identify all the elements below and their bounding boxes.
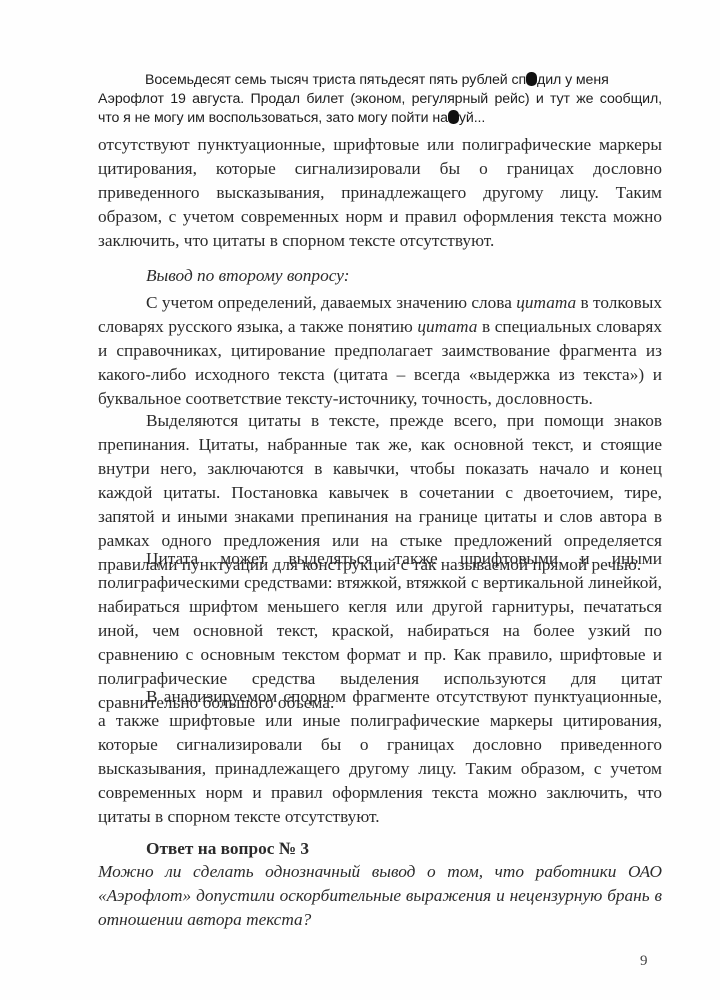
term-citation: цитата [417, 317, 477, 336]
paragraph-continuation: отсутствуют пунктуационные, шрифтовые ил… [98, 133, 662, 253]
quoted-message: Восемьдесят семь тысяч триста пятьдесят … [98, 71, 662, 128]
answer-heading: Ответ на вопрос № 3 [98, 837, 662, 861]
term-citation: цитата [516, 293, 576, 312]
redaction-mark [448, 110, 459, 124]
paragraph-analysis: В анализируемом спорном фрагменте отсутс… [98, 685, 662, 829]
document-page: Восемьдесят семь тысяч триста пятьдесят … [0, 0, 720, 1000]
redaction-mark [526, 72, 537, 86]
question-3: Можно ли сделать однозначный вывод о том… [98, 860, 662, 932]
quote-line-3: что я не могу им воспользоваться, зато м… [98, 109, 662, 128]
conclusion-heading: Вывод по второму вопросу: [98, 264, 662, 288]
page-number: 9 [640, 953, 648, 970]
quote-line-2: Аэрофлот 19 августа. Продал билет (эконо… [98, 90, 662, 109]
quote-line-1: Восемьдесят семь тысяч триста пятьдесят … [98, 71, 662, 90]
paragraph-definitions: С учетом определений, даваемых значению … [98, 291, 662, 411]
